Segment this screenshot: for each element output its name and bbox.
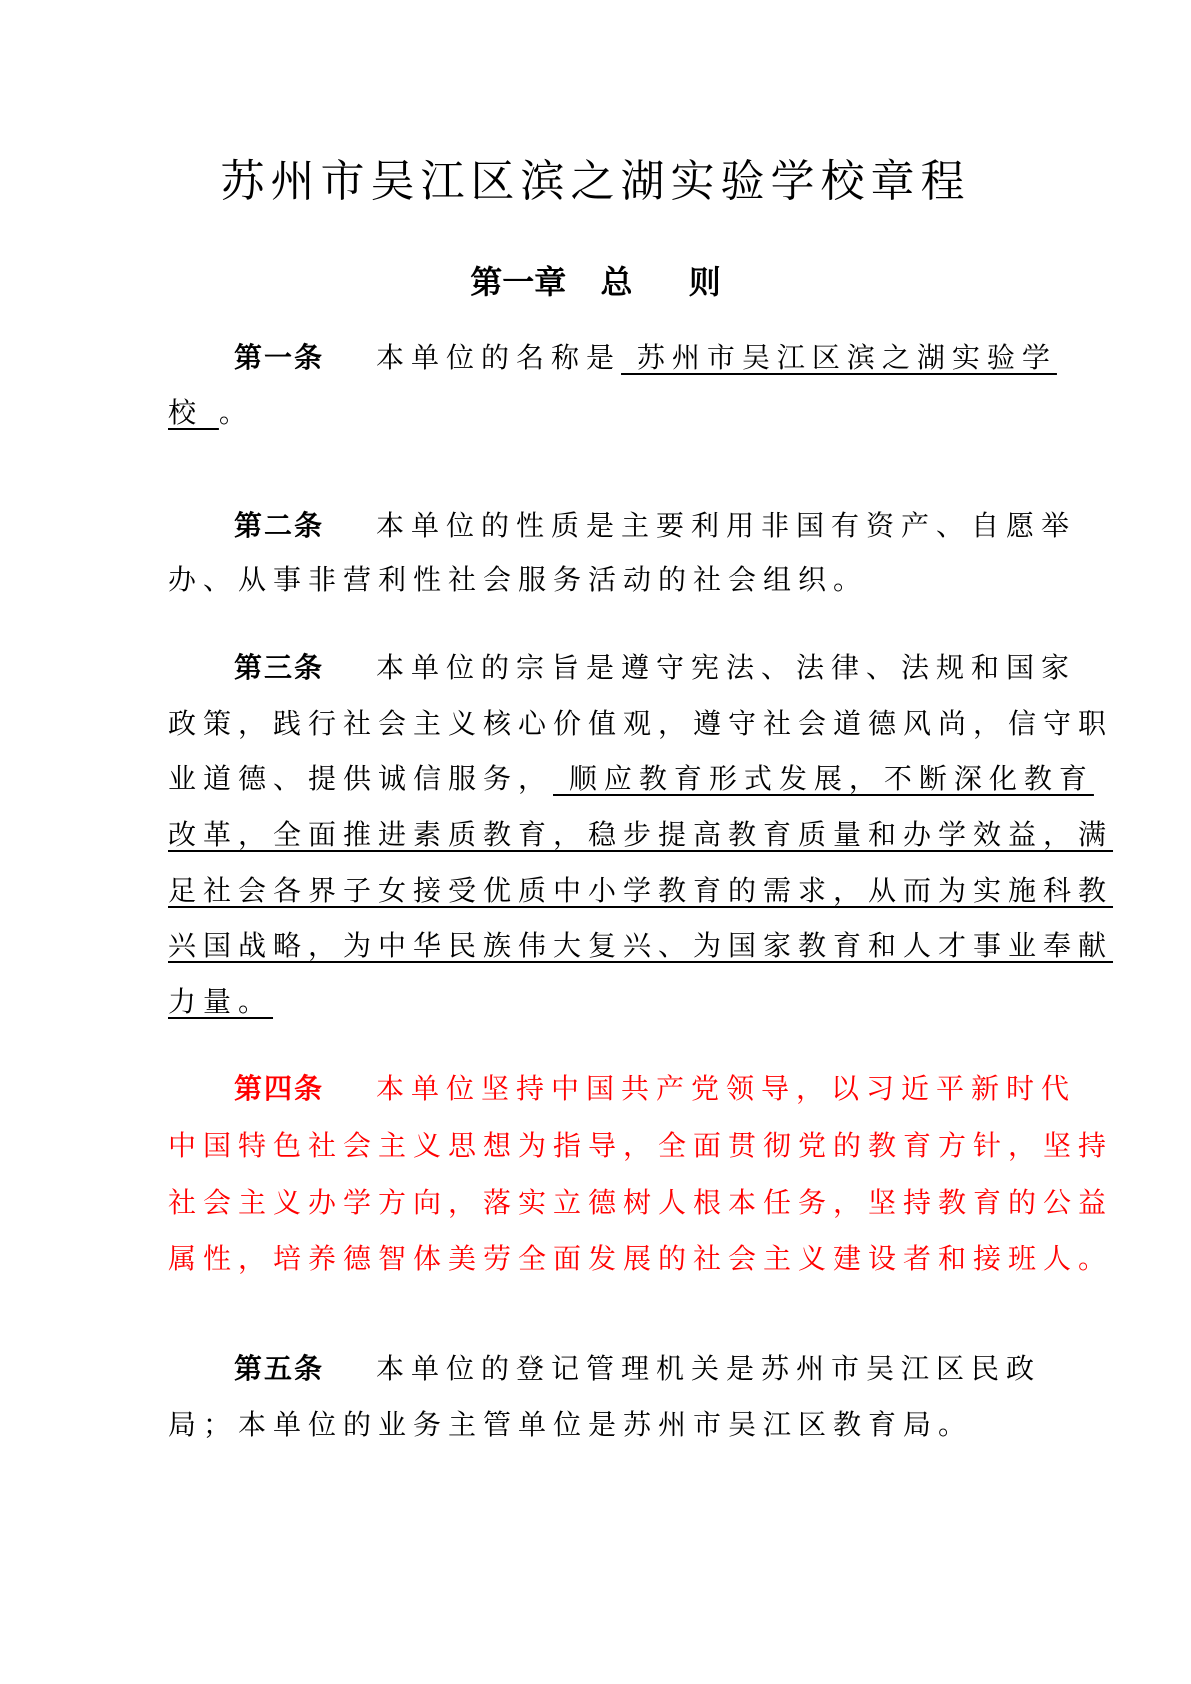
article-line: 业道德、提供诚信服务， 顺应教育形式发展，不断深化教育 — [168, 759, 1018, 799]
article-line: 改革，全面推进素质教育，稳步提高教育质量和办学效益，满 — [168, 815, 1018, 855]
article-text: 本单位的性质是主要利用非国有资产、自愿举 — [376, 509, 1076, 542]
document-title: 苏州市吴江区滨之湖实验学校章程 — [0, 152, 1191, 212]
document-page: 苏州市吴江区滨之湖实验学校章程 第一章 总 则 第一条本单位的名称是 苏州市吴江… — [0, 0, 1191, 1684]
article-text: 业道德、提供诚信服务， — [168, 762, 553, 795]
article-text: 本单位的登记管理机关是苏州市吴江区民政 — [376, 1352, 1041, 1385]
underlined-text: 兴国战略，为中华民族伟大复兴、为国家教育和人才事业奉献 — [168, 929, 1113, 962]
article-line: 政策，践行社会主义核心价值观，遵守社会道德风尚，信守职 — [168, 704, 1018, 744]
underlined-text: 顺应教育形式发展，不断深化教育 — [553, 762, 1094, 795]
article-line: 第四条本单位坚持中国共产党领导，以习近平新时代 — [234, 1069, 1024, 1109]
article-label: 第一条 — [234, 341, 324, 374]
chapter-number: 第一章 — [470, 263, 566, 301]
article-line: 第一条本单位的名称是 苏州市吴江区滨之湖实验学 — [234, 338, 1014, 378]
article-line: 兴国战略，为中华民族伟大复兴、为国家教育和人才事业奉献 — [168, 926, 1018, 966]
underlined-text: 改革，全面推进素质教育，稳步提高教育质量和办学效益，满 — [168, 818, 1113, 851]
article-line: 第五条本单位的登记管理机关是苏州市吴江区民政 — [234, 1349, 994, 1389]
article-label: 第二条 — [234, 509, 324, 542]
article-line: 第二条本单位的性质是主要利用非国有资产、自愿举 — [234, 506, 1024, 546]
article-text: 本单位坚持中国共产党领导，以习近平新时代 — [376, 1072, 1076, 1105]
article-line: 属性，培养德智体美劳全面发展的社会主义建设者和接班人。 — [168, 1239, 1018, 1279]
article-label: 第四条 — [234, 1072, 324, 1105]
school-name-underlined: 校 — [168, 396, 219, 429]
article-line: 第三条本单位的宗旨是遵守宪法、法律、法规和国家 — [234, 648, 1024, 688]
article-line: 校 。 — [168, 393, 1018, 433]
chapter-name-part1: 总 — [600, 263, 632, 301]
underlined-text: 足社会各界子女接受优质中小学教育的需求，从而为实施科教 — [168, 874, 1113, 907]
school-name-underlined: 苏州市吴江区滨之湖实验学 — [621, 341, 1057, 374]
article-text: 本单位的宗旨是遵守宪法、法律、法规和国家 — [376, 651, 1076, 684]
article-label: 第五条 — [234, 1352, 324, 1385]
article-line: 力量。 — [168, 982, 1018, 1022]
article-text: 。 — [219, 396, 254, 429]
underlined-text: 力量。 — [168, 985, 273, 1018]
article-line: 社会主义办学方向，落实立德树人根本任务，坚持教育的公益 — [168, 1183, 1018, 1223]
article-line: 办、从事非营利性社会服务活动的社会组织。 — [168, 560, 1018, 600]
chapter-name-part2: 则 — [689, 263, 721, 301]
article-line: 足社会各界子女接受优质中小学教育的需求，从而为实施科教 — [168, 871, 1018, 911]
article-line: 中国特色社会主义思想为指导，全面贯彻党的教育方针，坚持 — [168, 1126, 1018, 1166]
article-line: 局；本单位的业务主管单位是苏州市吴江区教育局。 — [168, 1405, 1018, 1445]
article-label: 第三条 — [234, 651, 324, 684]
chapter-heading: 第一章 总 则 — [0, 260, 1191, 304]
article-text: 本单位的名称是 — [376, 341, 621, 374]
